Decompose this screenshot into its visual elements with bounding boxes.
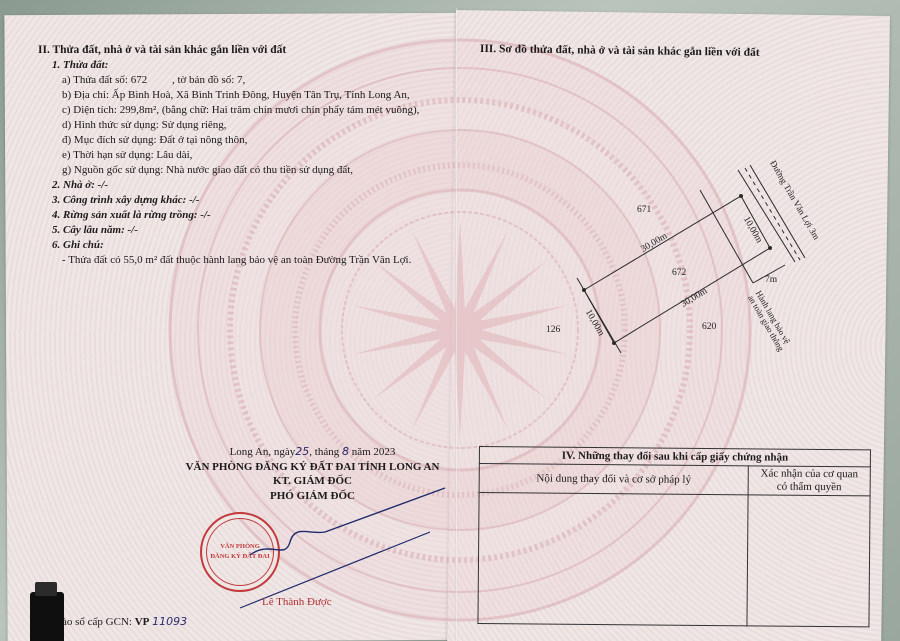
- change-content-cell: [478, 493, 748, 626]
- column-authority-confirmation: Xác nhận của cơ quan có thẩm quyền: [748, 466, 870, 496]
- neighbor-parcel-126: 126: [546, 325, 560, 335]
- authority-confirmation-cell: [747, 495, 870, 627]
- parcel-672: 672: [672, 268, 686, 278]
- changes-table: IV. Những thay đổi sau khi cấp giấy chứn…: [477, 446, 871, 627]
- neighbor-parcel-671: 671: [637, 205, 651, 215]
- neighbor-parcel-620: 620: [702, 322, 716, 332]
- setback-dimension: 7m: [765, 275, 777, 285]
- column-change-content: Nội dung thay đổi và cơ sở pháp lý: [479, 464, 748, 495]
